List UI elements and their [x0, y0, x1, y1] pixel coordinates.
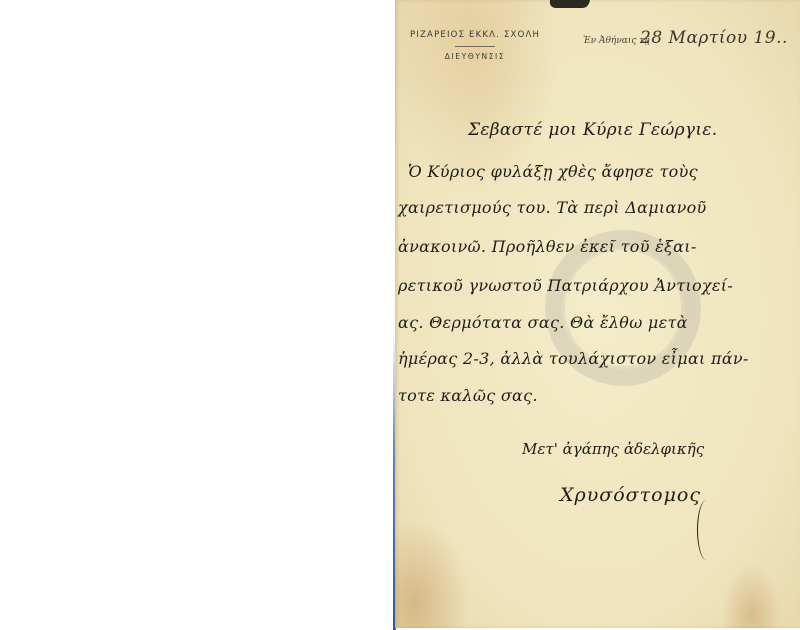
letterhead-divider — [455, 46, 495, 47]
body-line: χαιρετισμούς του. Τὰ περὶ Δαμιανοῦ — [398, 198, 707, 217]
salutation: Σεβαστέ μοι Κύριε Γεώργιε. — [468, 120, 718, 140]
letterhead-institution: ΡΙΖΑΡΕΙΟΣ ΕΚΚΛ. ΣΧΟΛΗ — [410, 30, 540, 40]
body-line: Ὁ Κύριος φυλάξῃ χθὲς ἄφησε τοὺς — [408, 162, 698, 181]
letterhead: ΡΙΖΑΡΕΙΟΣ ΕΚΚΛ. ΣΧΟΛΗ ΔΙΕΥΘΥΝΣΙΣ — [410, 30, 540, 61]
letterhead-department: ΔΙΕΥΘΥΝΣΙΣ — [410, 52, 540, 61]
signature: Χρυσόστομος — [560, 484, 701, 506]
signature-flourish — [697, 500, 716, 560]
document-viewer: ΡΙΖΑΡΕΙΟΣ ΕΚΚΛ. ΣΧΟΛΗ ΔΙΕΥΘΥΝΣΙΣ Ἐν Ἀθήν… — [0, 0, 800, 630]
closing-phrase: Μετ' ἀγάπης ἀδελφικῆς — [522, 440, 704, 458]
body-line: ἡμέρας 2-3, ἀλλὰ τουλάχιστον εἶμαι πάν- — [398, 349, 749, 368]
body-line: ρετικοῦ γνωστοῦ Πατριάρχου Ἀντιοχεί- — [398, 276, 733, 295]
body-line: τοτε καλῶς σας. — [398, 386, 538, 405]
body-line: ας. Θερμότατα σας. Θὰ ἔλθω μετὰ — [398, 313, 688, 332]
body-line: ἀνακοινῶ. Προῆλθεν ἐκεῖ τοῦ ἑξαι- — [398, 237, 697, 256]
ink-blot-mark — [548, 0, 590, 8]
dateline-date: 28 Μαρτίου 19.. — [640, 28, 788, 48]
